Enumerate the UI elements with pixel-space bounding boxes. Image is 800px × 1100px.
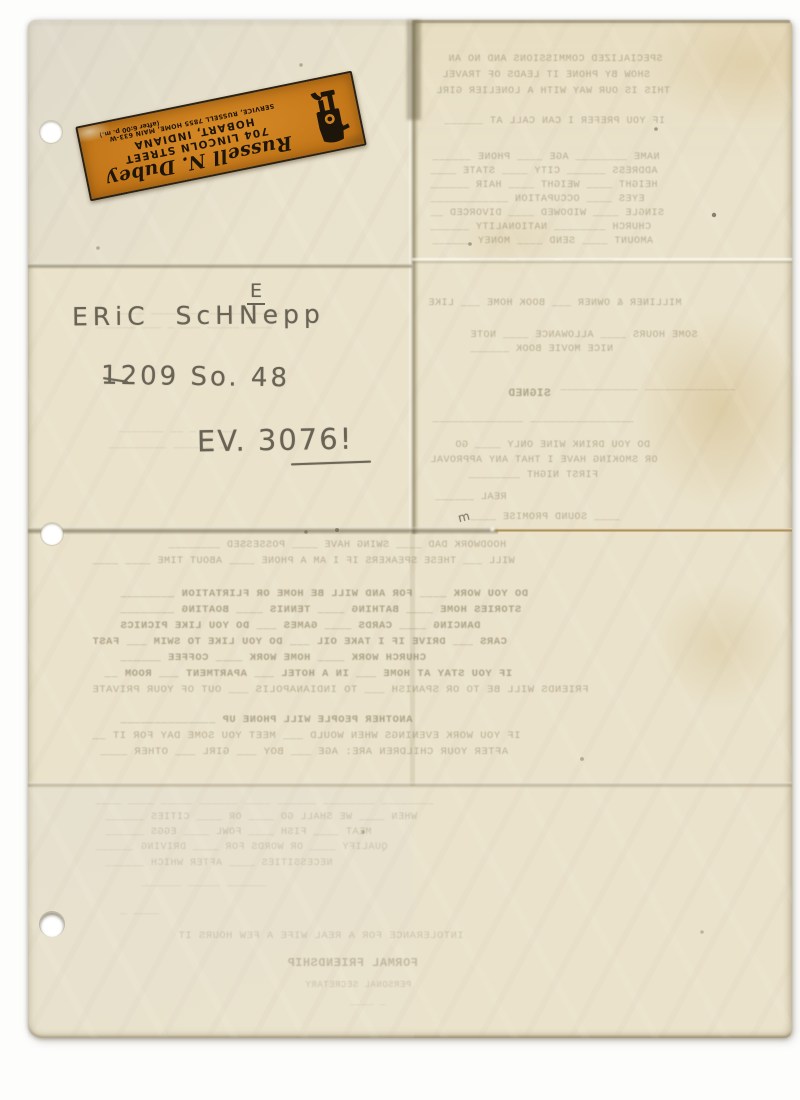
- bleedthrough-line: ______ _____ ______: [142, 878, 266, 889]
- bleedthrough-line: MILLINER & OWNER ___ BOOK HOME ___ LIKE: [428, 298, 682, 309]
- bleedthrough-line: OR SMOKING HAVE I THAT ANY APPROVAL: [430, 455, 658, 466]
- bleedthrough-line: INTOLERANCE FOR A REAL WIFE A FEW HOURS …: [178, 930, 464, 942]
- handwritten-phone: EV. 3076!: [197, 422, 354, 459]
- bleedthrough-line: AFTER YOUR CHILDREN ARE: AGE ___ BOY ___…: [100, 746, 508, 758]
- bleedthrough-line: IF YOU PREFER I CAN CALL AT ______: [444, 116, 665, 127]
- bleedthrough-line: SIGNED: [508, 388, 551, 400]
- bleedthrough-line: CARS ___ DRIVE IF I TAKE OIL ___ DO YOU …: [92, 636, 507, 648]
- bleedthrough-line: QUALIFY ____ OR WORDS FOR ____ DRIVING _…: [95, 842, 388, 853]
- bleedthrough-line: WILL ___ THESE SPEAKERS IF I AM A PHONE …: [92, 556, 515, 567]
- bleedthrough-line: SPECIALIZED COMMISSIONS AND NO AN: [448, 54, 663, 65]
- bleedthrough-line: HEIGHT ____ WEIGHT ____ HAIR ______: [430, 180, 658, 191]
- bleedthrough-line: EYES ____ OCCUPATION ____________: [430, 194, 645, 205]
- bleedthrough-line: ____ _: [120, 906, 159, 917]
- bleedthrough-line: IF YOU WORK EVENINGS WHEN WOULD ___ MEET…: [92, 730, 520, 742]
- punch-hole: [40, 121, 62, 143]
- bleedthrough-line: ____ SOUND PROMISE ____: [470, 512, 620, 523]
- handwritten-address: 1209 So. 48: [101, 361, 290, 394]
- bleedthrough-line: ________ ______ ______: [470, 252, 613, 263]
- bleedthrough-line: DO YOU DRINK WINE ONLY ____ GO: [455, 440, 650, 451]
- bleedthrough-line: NICE MOVIE BOOK ______: [470, 344, 613, 355]
- dirt-specks: [0, 0, 2, 2]
- bleedthrough-line: SOME HOURS ____ ALLOWANCE ____ NOTE: [470, 330, 698, 341]
- bleedthrough-line: SHOW BY PHONE IT LEADS OF TRAVEL: [442, 70, 650, 81]
- bleedthrough-line: MEAT ____ FISH ____ FOWL ____ EGGS _____…: [105, 827, 372, 838]
- bleedthrough-line: DANCING ____ CARDS ____ GAMES ___ DO YOU…: [120, 620, 480, 632]
- bleedthrough-line: NAME ________ AGE ____ PHONE ______: [432, 152, 660, 163]
- bleedthrough-line: WHEN ____ WE SHALL GO ____ OR ____ CITIE…: [105, 812, 417, 823]
- handwritten-first-name: ERiC: [72, 302, 150, 332]
- bleedthrough-line: ANOTHER PEOPLE WILL PHONE UP ___________…: [120, 714, 412, 726]
- bleedthrough-line: STORIES HOME ____ BATHING ____ TENNIS __…: [120, 604, 521, 616]
- bleedthrough-line: CHURCH ________ NATIONALITY ______: [430, 222, 651, 233]
- bleedthrough-line: DO YOU WORK ____ FOR AND WILL BE HOME OR…: [120, 588, 528, 600]
- bleedthrough-line: ________________ ______________: [432, 414, 634, 425]
- scanned-document-stage: SPECIALIZED COMMISSIONS AND NO ANSHOW BY…: [0, 0, 800, 1100]
- bleedthrough-line: REAL ______: [435, 492, 507, 503]
- bleedthrough-line: FRIENDS WILL BE TO OR SPANISH ___ TO IND…: [92, 684, 588, 696]
- bleedthrough-line: IF YOU STAY AT HOME ___ IN A HOTEL ___ A…: [104, 668, 512, 680]
- handwritten-stray-mark: m: [456, 509, 471, 525]
- bleedthrough-line: HOODWORK DAD ____ SWING HAVE ____ POSSES…: [168, 540, 506, 551]
- bleedthrough-line: SINGLE ____ WIDOWED ____ DIVORCED __: [430, 208, 664, 219]
- bleedthrough-line: AMOUNT ____ SEND ____ MONEY ______: [432, 236, 653, 247]
- bleedthrough-line: ADDRESS ______ CITY ____ STATE ____: [430, 166, 658, 177]
- bleedthrough-line: CHURCH WORK ____ HOME WORK ____ COFFEE _…: [120, 652, 426, 664]
- handwritten-name: ERiCScHNepp: [72, 300, 325, 332]
- bleedthrough-line: FIRST NIGHT ________: [468, 470, 598, 481]
- bleedthrough-line: ______________ ____________: [560, 382, 736, 393]
- bleedthrough-line: FORMAL FRIENDSHIP: [287, 956, 418, 970]
- bleedthrough-line: THIS IS OUR WAY WITH A LONELIER GIRL: [436, 86, 670, 97]
- bleedthrough-line: PERSONAL SECRETARY: [305, 980, 411, 990]
- bleedthrough-line: _ ____: [350, 997, 385, 1007]
- handwritten-last-name: ScHNepp: [175, 300, 325, 331]
- punch-hole: [41, 523, 63, 545]
- bleedthrough-line: ________ ________ ______ ____ ______ ___…: [95, 796, 433, 807]
- bleedthrough-line: NECESSITIES ____ AFTER WHICH ______: [105, 858, 333, 869]
- outboard-motor-icon: [295, 80, 363, 148]
- punch-hole: [40, 913, 64, 937]
